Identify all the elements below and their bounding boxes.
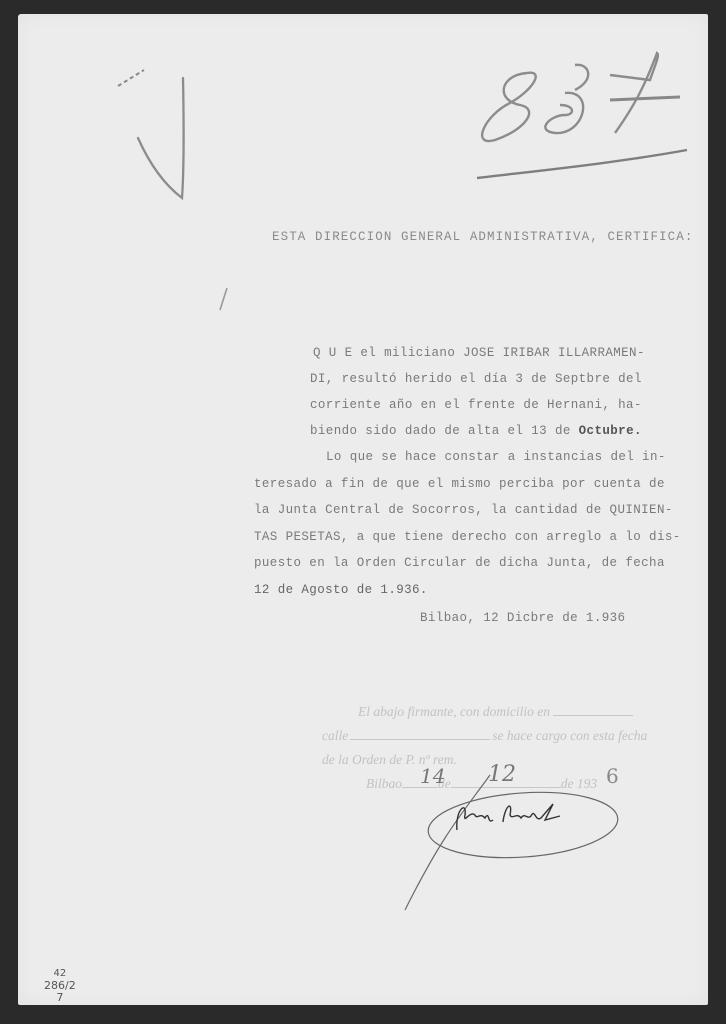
archive-reference: 42 286/2 7 <box>44 968 76 1004</box>
body-line-10: 12 de Agosto de 1.936. <box>254 583 428 597</box>
form-line-2: callese hace cargo con esta fecha <box>322 728 647 744</box>
place-and-date: Bilbao, 12 Dicbre de 1.936 <box>420 611 625 625</box>
folio-number-handwritten <box>465 45 705 185</box>
body-line-4: biendo sido dado de alta el 13 de Octubr… <box>310 424 642 438</box>
body-line-2: DI, resultó herido el día 3 de Septbre d… <box>310 372 642 386</box>
body-line-1: Q U E el miliciano JOSE IRIBAR ILLARRAME… <box>313 346 645 360</box>
signature <box>395 770 655 920</box>
archive-ref-line-3: 7 <box>44 992 76 1004</box>
body-line-9: puesto en la Orden Circular de dicha Jun… <box>254 556 665 570</box>
form-line-1: El abajo firmante, con domicilio en <box>358 704 633 720</box>
pencil-tick-mark <box>215 285 235 315</box>
certification-heading: ESTA DIRECCION GENERAL ADMINISTRATIVA, C… <box>272 230 693 244</box>
body-line-3: corriente año en el frente de Hernani, h… <box>310 398 642 412</box>
body-line-6: teresado a fin de que el mismo perciba p… <box>254 477 665 491</box>
body-line-5: Lo que se hace constar a instancias del … <box>326 450 666 464</box>
body-line-8: TAS PESETAS, a que tiene derecho con arr… <box>254 530 681 544</box>
discharge-month: Octubre. <box>579 424 642 438</box>
check-mark-icon <box>80 50 190 210</box>
body-line-7: la Junta Central de Socorros, la cantida… <box>254 503 673 517</box>
